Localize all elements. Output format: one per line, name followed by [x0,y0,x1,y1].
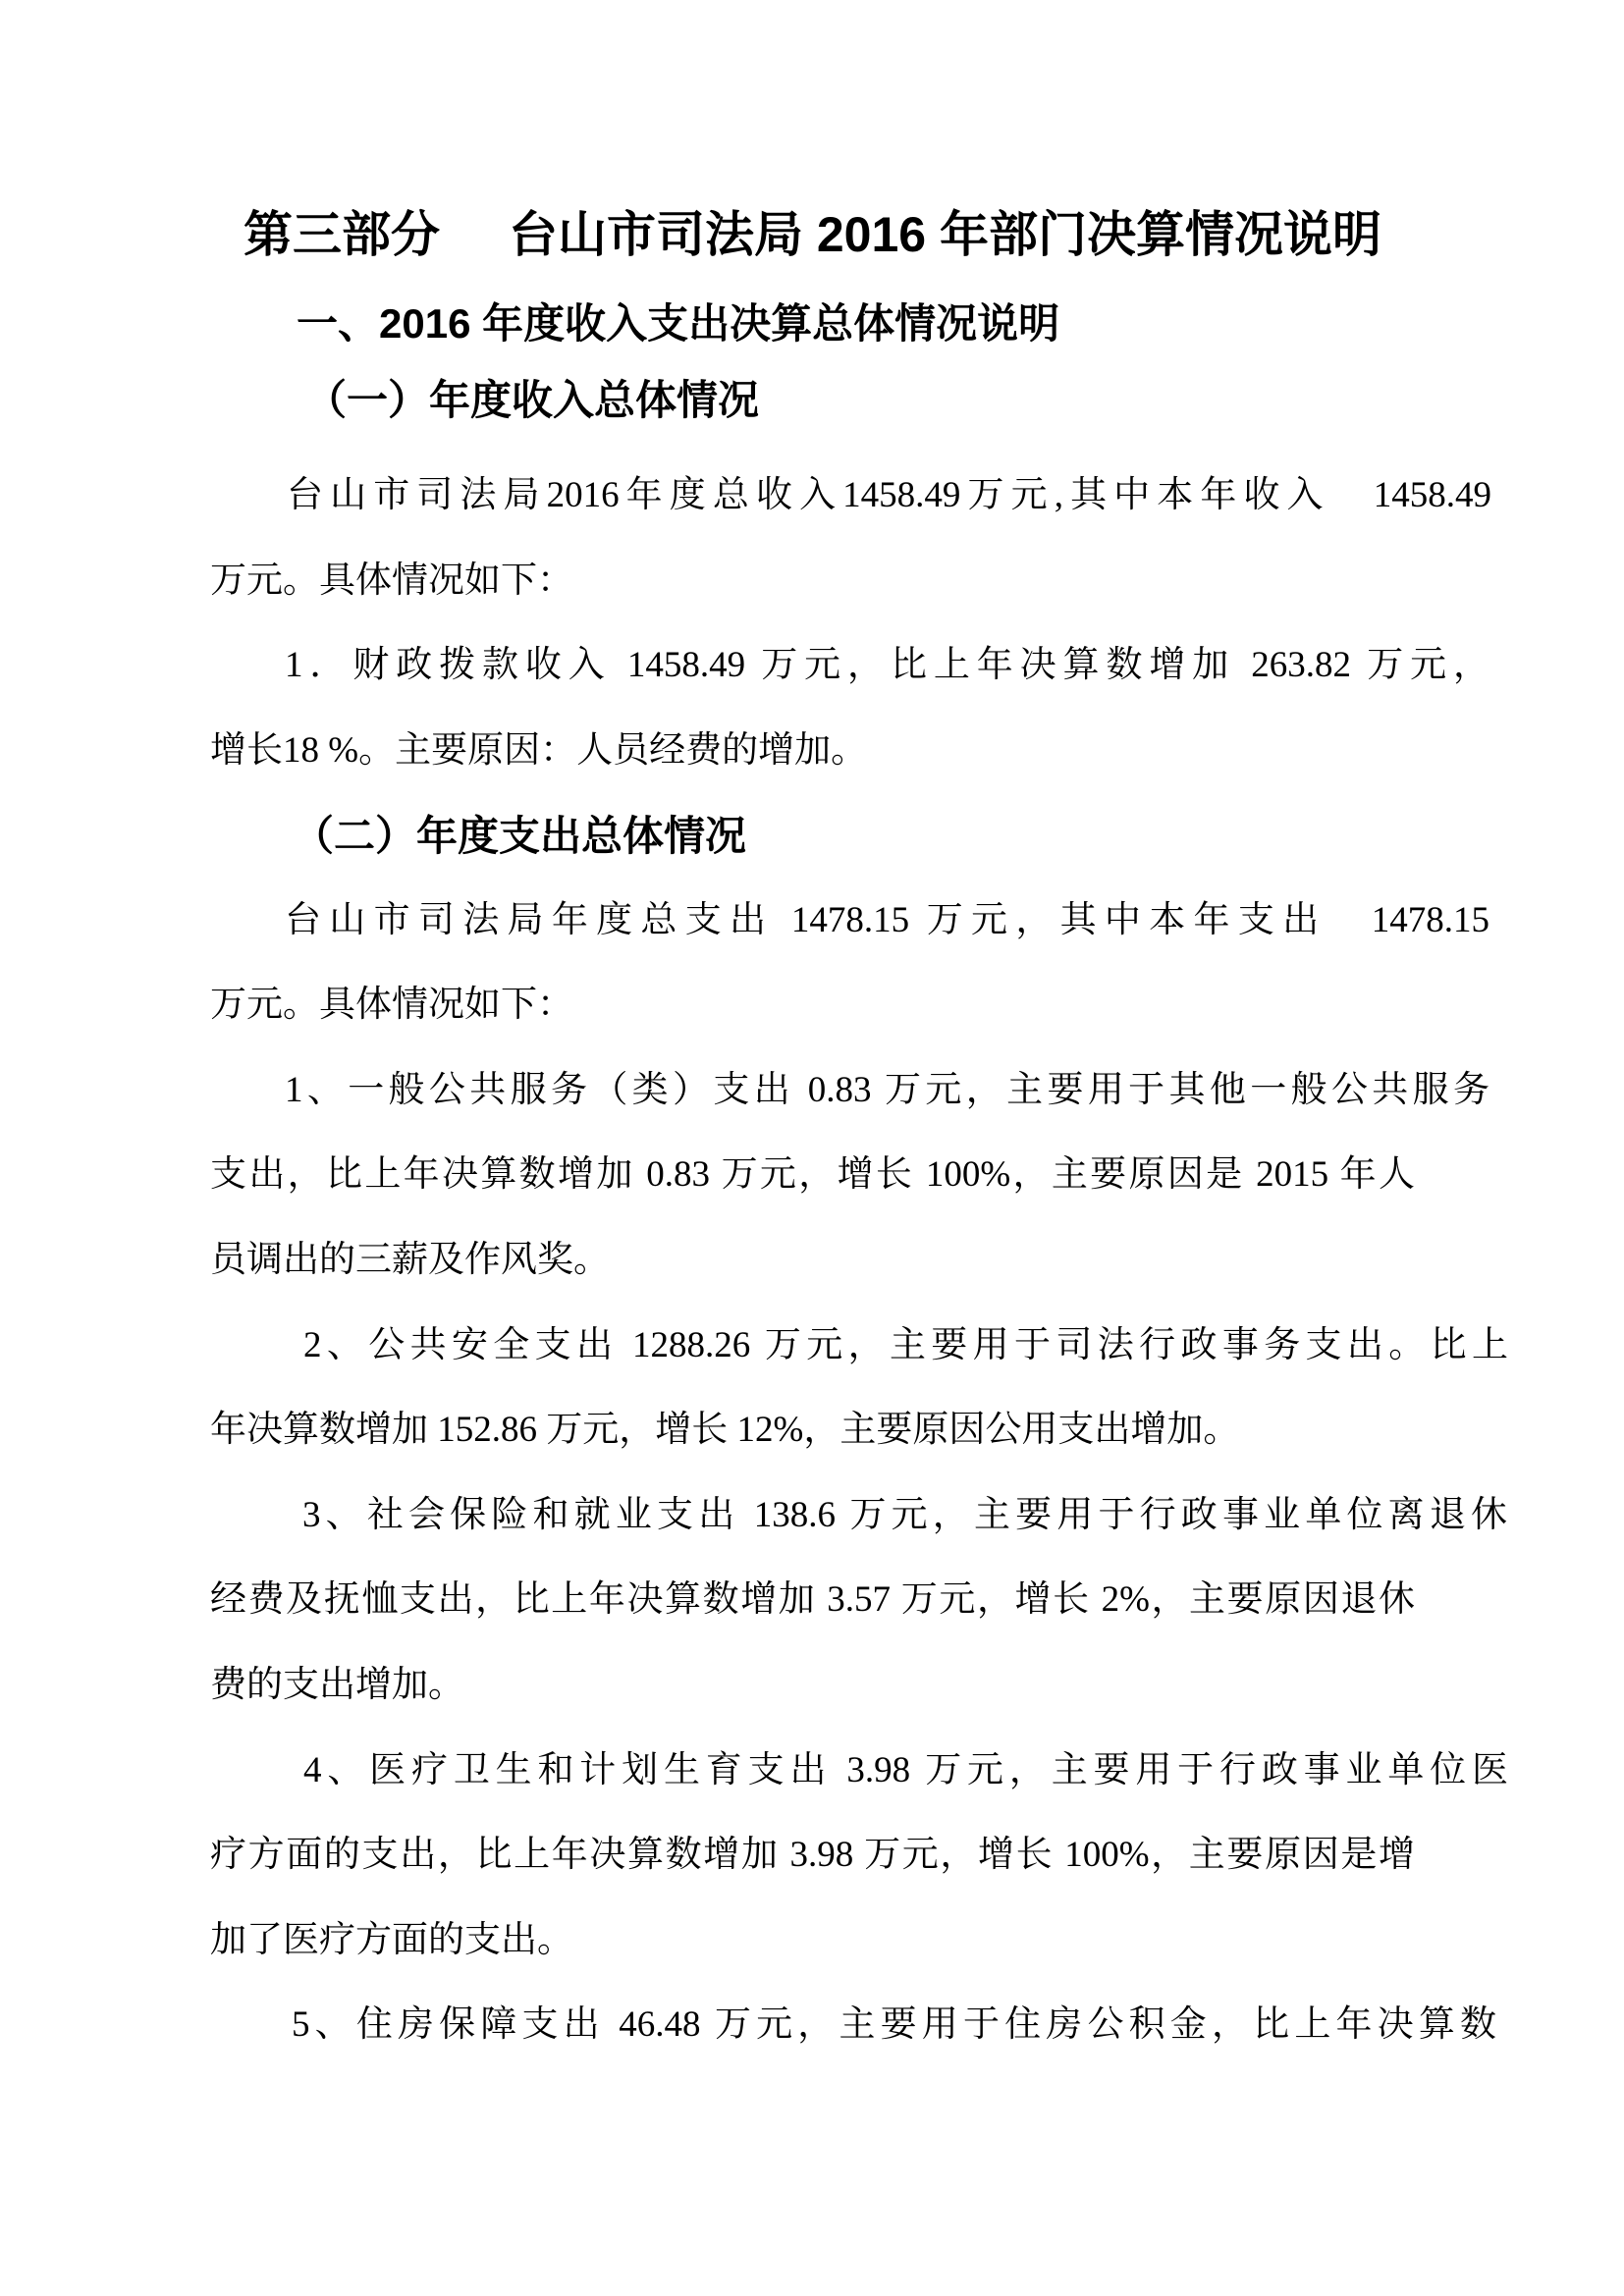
paragraph-line-fiscal-2: 增长18 %。主要原因：人员经费的增加。 [210,729,1415,773]
paragraph-line-fiscal-1: 1．财政拨款收入 1458.49 万元，比上年决算数增加 263.82 万元， [210,644,1489,687]
section-heading-overall: 一、2016 年度收入支出决算总体情况说明 [210,300,1501,347]
paragraph-line-expense-2: 万元。具体情况如下： [210,984,1415,1027]
paragraph-line-item4-1: 4、医疗卫生和计划生育支出 3.98 万元，主要用于行政事业单位医 [210,1749,1508,1792]
page-title-part-number: 第三部分 [244,207,440,262]
paragraph-line-item1-1: 1、一般公共服务（类）支出 0.83 万元，主要用于其他一般公共服务 [210,1069,1489,1112]
paragraph-line-item3-2: 经费及抚恤支出，比上年决算数增加 3.57 万元，增长 2%，主要原因退休 [210,1578,1415,1622]
subsection-heading-expense: （二）年度支出总体情况 [210,813,1497,860]
page-title: 第三部分台山市司法局 2016 年部门决算情况说明 [210,208,1415,262]
paragraph-line-item3-1: 3、社会保险和就业支出 138.6 万元，主要用于行政事业单位离退休 [210,1494,1507,1537]
paragraph-line-item4-2: 疗方面的支出，比上年决算数增加 3.98 万元，增长 100%，主要原因是增 [210,1834,1415,1877]
subsection-heading-income: （一）年度收入总体情况 [210,377,1510,424]
paragraph-line-item5-1: 5、住房保障支出 46.48 万元，主要用于住房公积金，比上年决算数 [210,2003,1496,2047]
paragraph-line-income-2: 万元。具体情况如下： [210,560,1415,603]
paragraph-line-item4-3: 加了医疗方面的支出。 [210,1919,1415,1962]
paragraph-line-item2-1: 2、公共安全支出 1288.26 万元，主要用于司法行政事务支出。比上 [210,1324,1508,1367]
paragraph-line-item1-2: 支出，比上年决算数增加 0.83 万元，增长 100%，主要原因是 2015 年… [210,1153,1415,1197]
page-title-text: 台山市司法局 2016 年部门决算情况说明 [509,207,1381,262]
document-page: 第三部分台山市司法局 2016 年部门决算情况说明 一、2016 年度收入支出决… [0,0,1624,2296]
paragraph-line-item3-3: 费的支出增加。 [210,1664,1415,1707]
paragraph-line-income-1: 台山市司法局2016年度总收入1458.49万元,其中本年收入 1458.49 [210,474,1491,517]
paragraph-line-expense-1: 台山市司法局年度总支出 1478.15 万元，其中本年支出 1478.15 [210,899,1489,942]
paragraph-line-item1-3: 员调出的三薪及作风奖。 [210,1239,1415,1282]
paragraph-line-item2-2: 年决算数增加 152.86 万元，增长 12%，主要原因公用支出增加。 [210,1409,1415,1452]
